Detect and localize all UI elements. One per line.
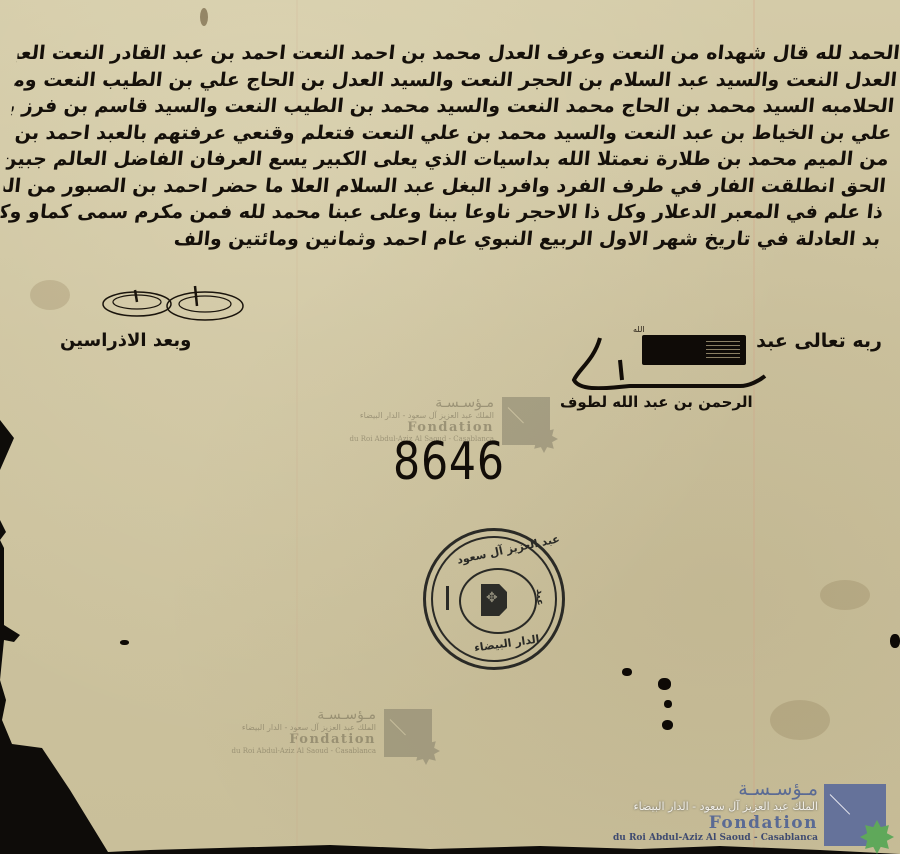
ink-blot <box>658 678 671 690</box>
watermark-text: مـؤسـسـة الملك عبد العزيز آل سعود - الدا… <box>613 778 818 843</box>
watermark-arabic-subtitle: الملك عبد العزيز آل سعود - الدار البيضاء <box>350 411 494 420</box>
watermark-arabic-title: مـؤسـسـة <box>613 778 818 800</box>
watermark-arabic-title: مـؤسـسـة <box>232 707 376 723</box>
watermark-arabic-subtitle: الملك عبد العزيز آل سعود - الدار البيضاء <box>232 723 376 732</box>
deed-text-line: ذا علم في المعبر الدعلار وكل ذا الاحجر ن… <box>0 199 884 226</box>
paper-stain <box>30 280 70 310</box>
closing-line: ربه تعالى عبد <box>756 330 882 352</box>
signature-invocation: الله <box>633 325 645 334</box>
paper-stain <box>200 8 208 26</box>
watermark-french-title: Fondation <box>232 732 376 747</box>
witness-note: وبعد الاذراسين <box>60 330 191 351</box>
ink-blot <box>120 640 129 645</box>
foundation-watermark: مـؤسـسـة الملك عبد العزيز آل سعود - الدا… <box>300 395 550 455</box>
deed-text-line: الحق انطلقت الفار في طرف الفرد وافرد الب… <box>2 173 887 200</box>
paper-stain <box>820 580 870 610</box>
deed-text-line: علي بن الخياط بن عبد النعت والسيد محمد ب… <box>8 120 893 147</box>
ink-blot <box>622 668 632 676</box>
signature-name: الرحمن بن عبد الله لطوف <box>560 393 753 411</box>
ink-blot <box>664 700 672 708</box>
deed-text-line: من الميم محمد بن طلارة نعمتلا الله بداسي… <box>5 146 890 173</box>
deed-text-line: بد العادلة في تاريخ شهر الاول الربيع الن… <box>0 226 882 253</box>
library-stamp: عبد العزيز آل سعود عبد الدار البيضاء <box>423 528 565 670</box>
ink-blot <box>662 720 673 730</box>
stamp-tick-mark <box>446 586 449 610</box>
watermark-french-title: Fondation <box>350 420 494 435</box>
foundation-logo-icon <box>502 397 550 445</box>
ink-blot <box>890 634 900 648</box>
paper-stain <box>770 700 830 740</box>
watermark-french-subtitle: du Roi Abdul-Aziz Al Saoud - Casablanca <box>232 747 376 755</box>
stamp-text-top: عبد العزيز آل سعود <box>456 532 561 566</box>
watermark-french-subtitle: du Roi Abdul-Aziz Al Saoud - Casablanca <box>350 435 494 443</box>
watermark-french-title: Fondation <box>613 813 818 833</box>
foundation-logo-icon <box>384 709 432 757</box>
watermark-text: مـؤسـسـة الملك عبد العزيز آل سعود - الدا… <box>232 707 376 755</box>
watermark-arabic-subtitle: الملك عبد العزيز آل سعود - الدار البيضاء <box>613 800 818 813</box>
manuscript-page: الحمد لله قال شهداه من النعت وعرف العدل … <box>0 0 900 854</box>
deed-text-line: العدل النعت والسيد عبد السلام بن الحجر ا… <box>14 67 899 94</box>
foundation-brand-watermark: مـؤسـسـة الملك عبد العزيز آل سعود - الدا… <box>620 778 892 848</box>
witness-seal-scribble-icon <box>95 282 245 326</box>
deed-text-body: الحمد لله قال شهداه من النعت وعرف العدل … <box>0 40 900 252</box>
signature-block-lines <box>706 341 740 359</box>
watermark-arabic-title: مـؤسـسـة <box>350 395 494 411</box>
deed-text-line: الحلامبه السيد محمد بن الحاج محمد النعت … <box>11 93 896 120</box>
deed-text-line: الحمد لله قال شهداه من النعت وعرف العدل … <box>16 40 900 67</box>
octagonal-star-emblem-icon <box>481 584 507 616</box>
notary-signature-block <box>642 335 746 365</box>
watermark-text: مـؤسـسـة الملك عبد العزيز آل سعود - الدا… <box>350 395 494 443</box>
foundation-logo-icon <box>824 784 886 846</box>
watermark-french-subtitle: du Roi Abdul-Aziz Al Saoud - Casablanca <box>613 833 818 843</box>
foundation-watermark: مـؤسـسـة الملك عبد العزيز آل سعود - الدا… <box>182 707 432 767</box>
stamp-text-bottom: الدار البيضاء <box>473 632 540 654</box>
